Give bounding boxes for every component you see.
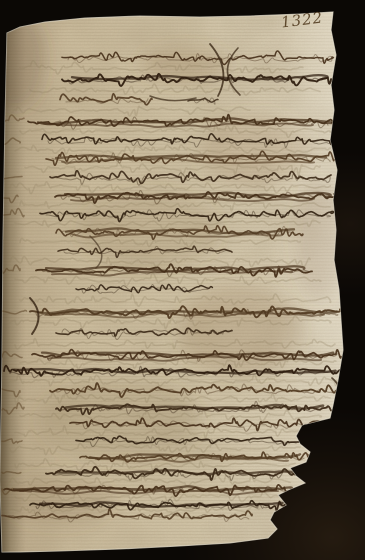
manuscript-photo bbox=[0, 0, 365, 560]
photo-frame: 1322 bbox=[0, 0, 365, 560]
